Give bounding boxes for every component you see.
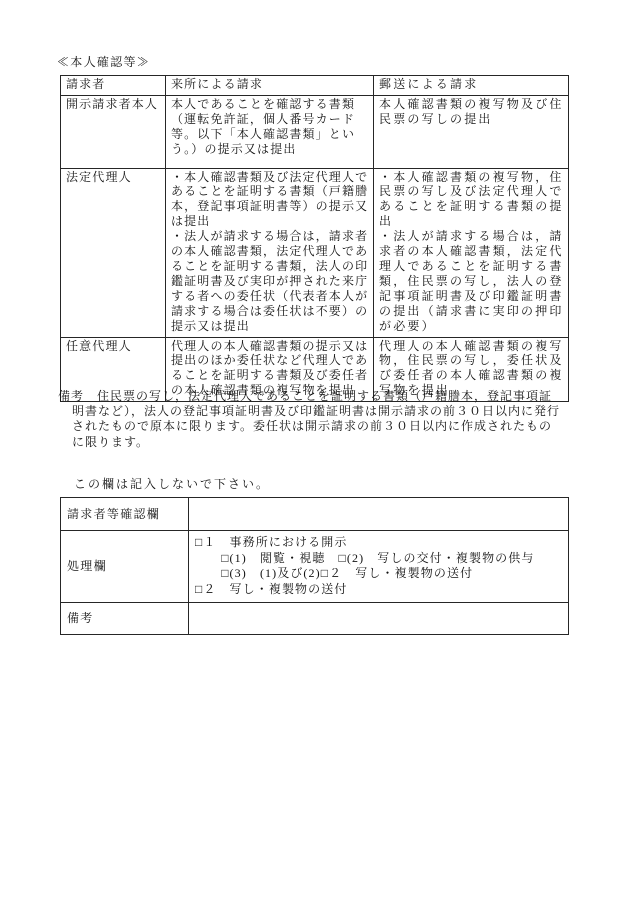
table-row-principal: 開示請求者本人 本人であることを確認する書類 （運転免許証，個人番号カード 等。… <box>61 95 569 168</box>
do-not-fill-instruction: この欄は記入しないで下さい。 <box>74 477 270 492</box>
principal-in-person-cell: 本人であることを確認する書類 （運転免許証，個人番号カード 等。以下「本人確認書… <box>166 95 374 168</box>
requester-confirmation-cell <box>189 498 569 531</box>
remarks-label: 備考 <box>61 603 189 635</box>
table-header-row: 請求者 来所による請求 郵送による請求 <box>61 76 569 96</box>
remarks-row: 備考 <box>61 603 569 635</box>
header-mail-request: 郵送による請求 <box>374 76 569 96</box>
identity-verification-table: 請求者 来所による請求 郵送による請求 開示請求者本人 本人であることを確認する… <box>60 75 569 402</box>
requester-confirmation-row: 請求者等確認欄 <box>61 498 569 531</box>
processing-options-cell: □１ 事務所における開示 □(1) 閲覧・視聴 □(2) 写しの交付・複製物の供… <box>189 531 569 603</box>
legal-rep-mail-cell: ・本人確認書類の複写物，住 民票の写し及び法定代理人で あることを証明する書類の… <box>374 168 569 337</box>
section-title: ≪本人確認等≫ <box>57 54 150 70</box>
row-label-principal: 開示請求者本人 <box>61 95 166 168</box>
header-requester: 請求者 <box>61 76 166 96</box>
legal-rep-in-person-cell: ・本人確認書類及び法定代理人で あることを証明する書類（戸籍謄 本，登記事項証明… <box>166 168 374 337</box>
remarks-note: 備考 住民票の写し，法定代理人であることを証明する書類（戸籍謄本，登記事項証 明… <box>58 389 586 450</box>
row-label-legal-representative: 法定代理人 <box>61 168 166 337</box>
remarks-cell <box>189 603 569 635</box>
office-use-table: 請求者等確認欄 処理欄 □１ 事務所における開示 □(1) 閲覧・視聴 □(2)… <box>60 497 569 635</box>
principal-mail-cell: 本人確認書類の複写物及び住 民票の写しの提出 <box>374 95 569 168</box>
processing-row: 処理欄 □１ 事務所における開示 □(1) 閲覧・視聴 □(2) 写しの交付・複… <box>61 531 569 603</box>
processing-label: 処理欄 <box>61 531 189 603</box>
header-in-person-request: 来所による請求 <box>166 76 374 96</box>
table-row-legal-representative: 法定代理人 ・本人確認書類及び法定代理人で あることを証明する書類（戸籍謄 本，… <box>61 168 569 337</box>
document-page: ≪本人確認等≫ 請求者 来所による請求 郵送による請求 開示請求者本人 本人であ… <box>0 0 630 903</box>
requester-confirmation-label: 請求者等確認欄 <box>61 498 189 531</box>
